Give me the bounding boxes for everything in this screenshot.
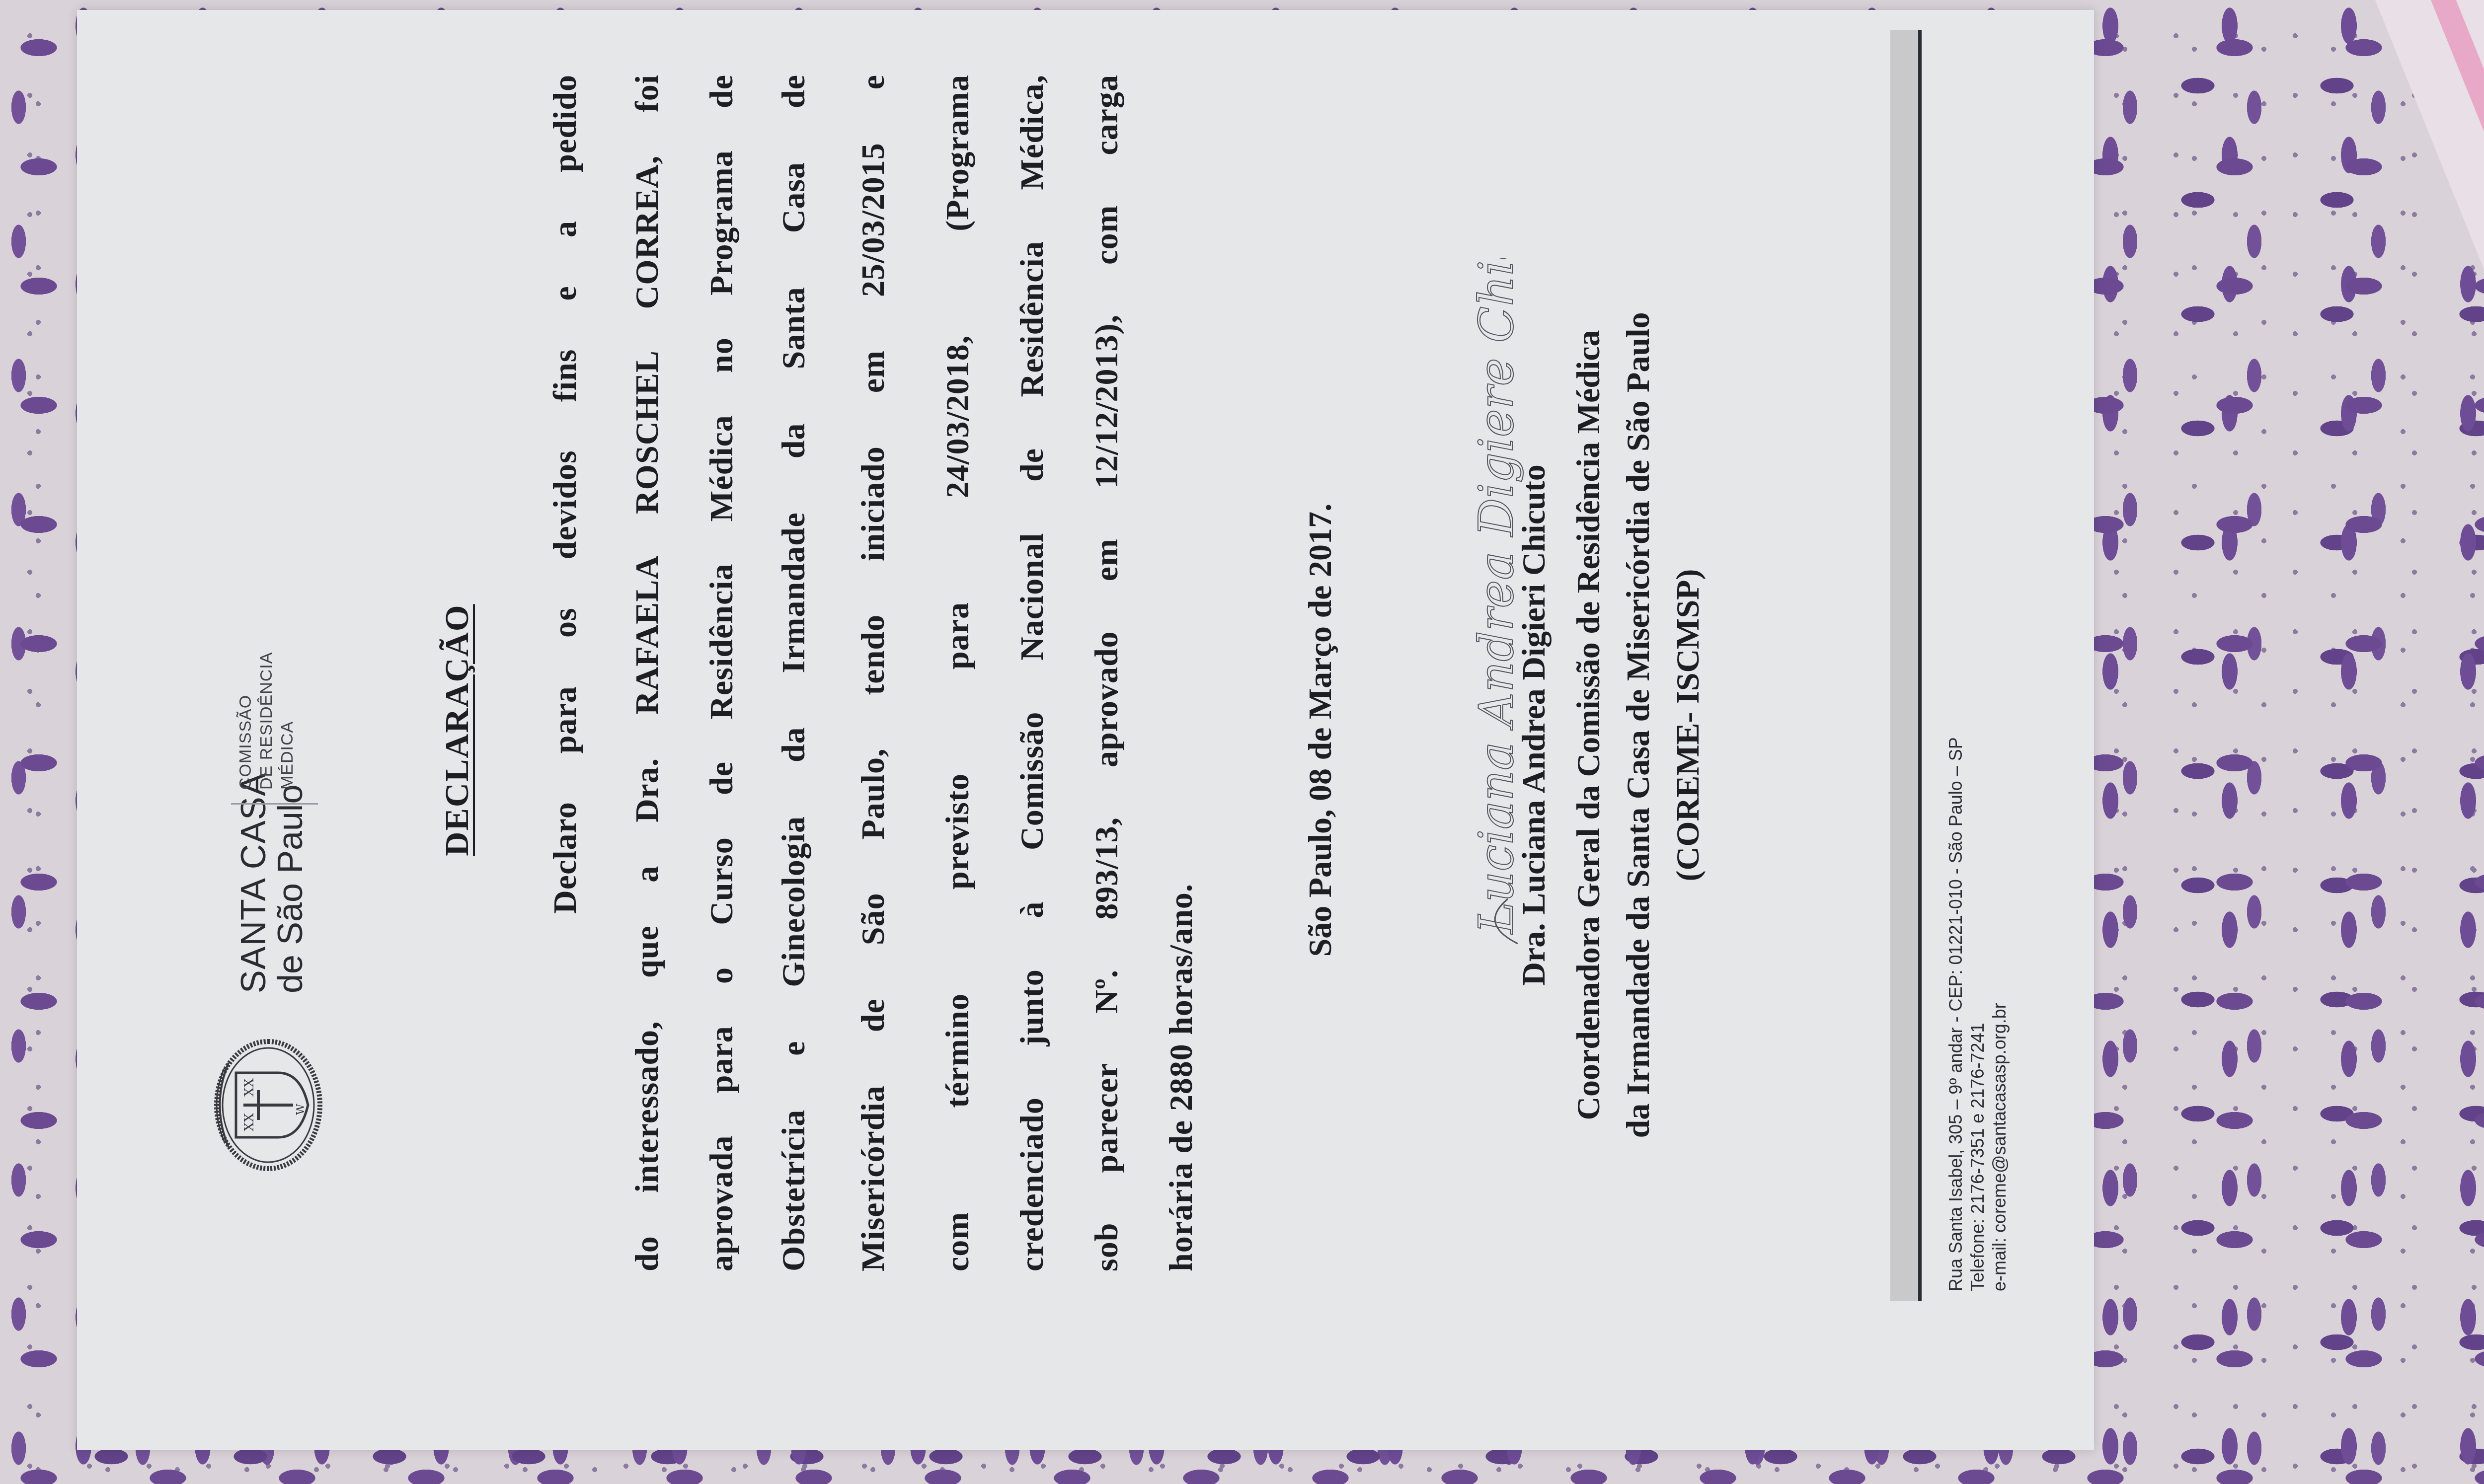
- body-line: horária de 2880 horas/ano.: [1163, 74, 1200, 1271]
- pink-fabric-background: [2335, 0, 2484, 821]
- subunit-line: COMISSÃO: [235, 621, 256, 790]
- brand-subunit: COMISSÃO DE RESIDÊNCIA MÉDICA: [235, 621, 298, 790]
- footer-phone: Telefone: 2176-7351 e 2176-7241: [1967, 199, 1989, 1291]
- signatory-name: Dra. Luciana Andrea Digieri Chicuto: [1508, 0, 1560, 1450]
- body-line: Declaro para os devidos fins e a pedido: [546, 74, 584, 914]
- body-line: Misericórdia de São Paulo, tendo iniciad…: [854, 74, 892, 1271]
- subunit-line: MÉDICA: [277, 621, 298, 790]
- footer-address: Rua Santa Isabel, 305 – 9º andar - CEP: …: [1945, 199, 1967, 1291]
- subunit-line: DE RESIDÊNCIA: [256, 621, 277, 790]
- svg-text:W: W: [295, 1104, 307, 1115]
- date-line: São Paulo, 08 de Março de 2017.: [1302, 10, 1339, 1450]
- body-line: Obstetrícia e Ginecologia da Irmandade d…: [775, 74, 813, 1271]
- svg-text:XX: XX: [242, 1113, 257, 1131]
- declaration-document: XX XX W SANTA CASA de São Paulo COMISSÃO…: [77, 10, 2094, 1450]
- brand-divider: [231, 803, 318, 805]
- body-line: com término previsto para 24/03/2018, (P…: [939, 74, 977, 1271]
- footer-email: e-mail: coreme@santacasasp.org.br: [1989, 199, 2011, 1291]
- signatory-abbreviation: (COREME- ISCMSP): [1662, 0, 1714, 1450]
- signatory-role: Coordenadora Geral da Comissão de Residê…: [1562, 0, 1615, 1450]
- document-title: DECLARAÇÃO: [437, 10, 476, 1450]
- title-text: DECLARAÇÃO: [438, 604, 475, 856]
- signatory-institution: da Irmandade da Santa Casa de Misericórd…: [1612, 0, 1665, 1450]
- body-line: do interessado, que a Dra. RAFAELA ROSCH…: [628, 74, 666, 1271]
- body-line: aprovada para o Curso de Residência Médi…: [703, 74, 741, 1271]
- svg-text:XX: XX: [242, 1078, 257, 1097]
- body-line: sob parecer Nº. 893/13, aprovado em 12/1…: [1088, 74, 1126, 1271]
- footer-gray-bar: [1890, 30, 1918, 1301]
- footer-contact: Rua Santa Isabel, 305 – 9º andar - CEP: …: [1945, 199, 2011, 1291]
- body-line: credenciado junto à Comissão Nacional de…: [1013, 74, 1051, 1271]
- coat-of-arms-seal-icon: XX XX W: [214, 1038, 323, 1172]
- footer-divider: [1918, 30, 1922, 1301]
